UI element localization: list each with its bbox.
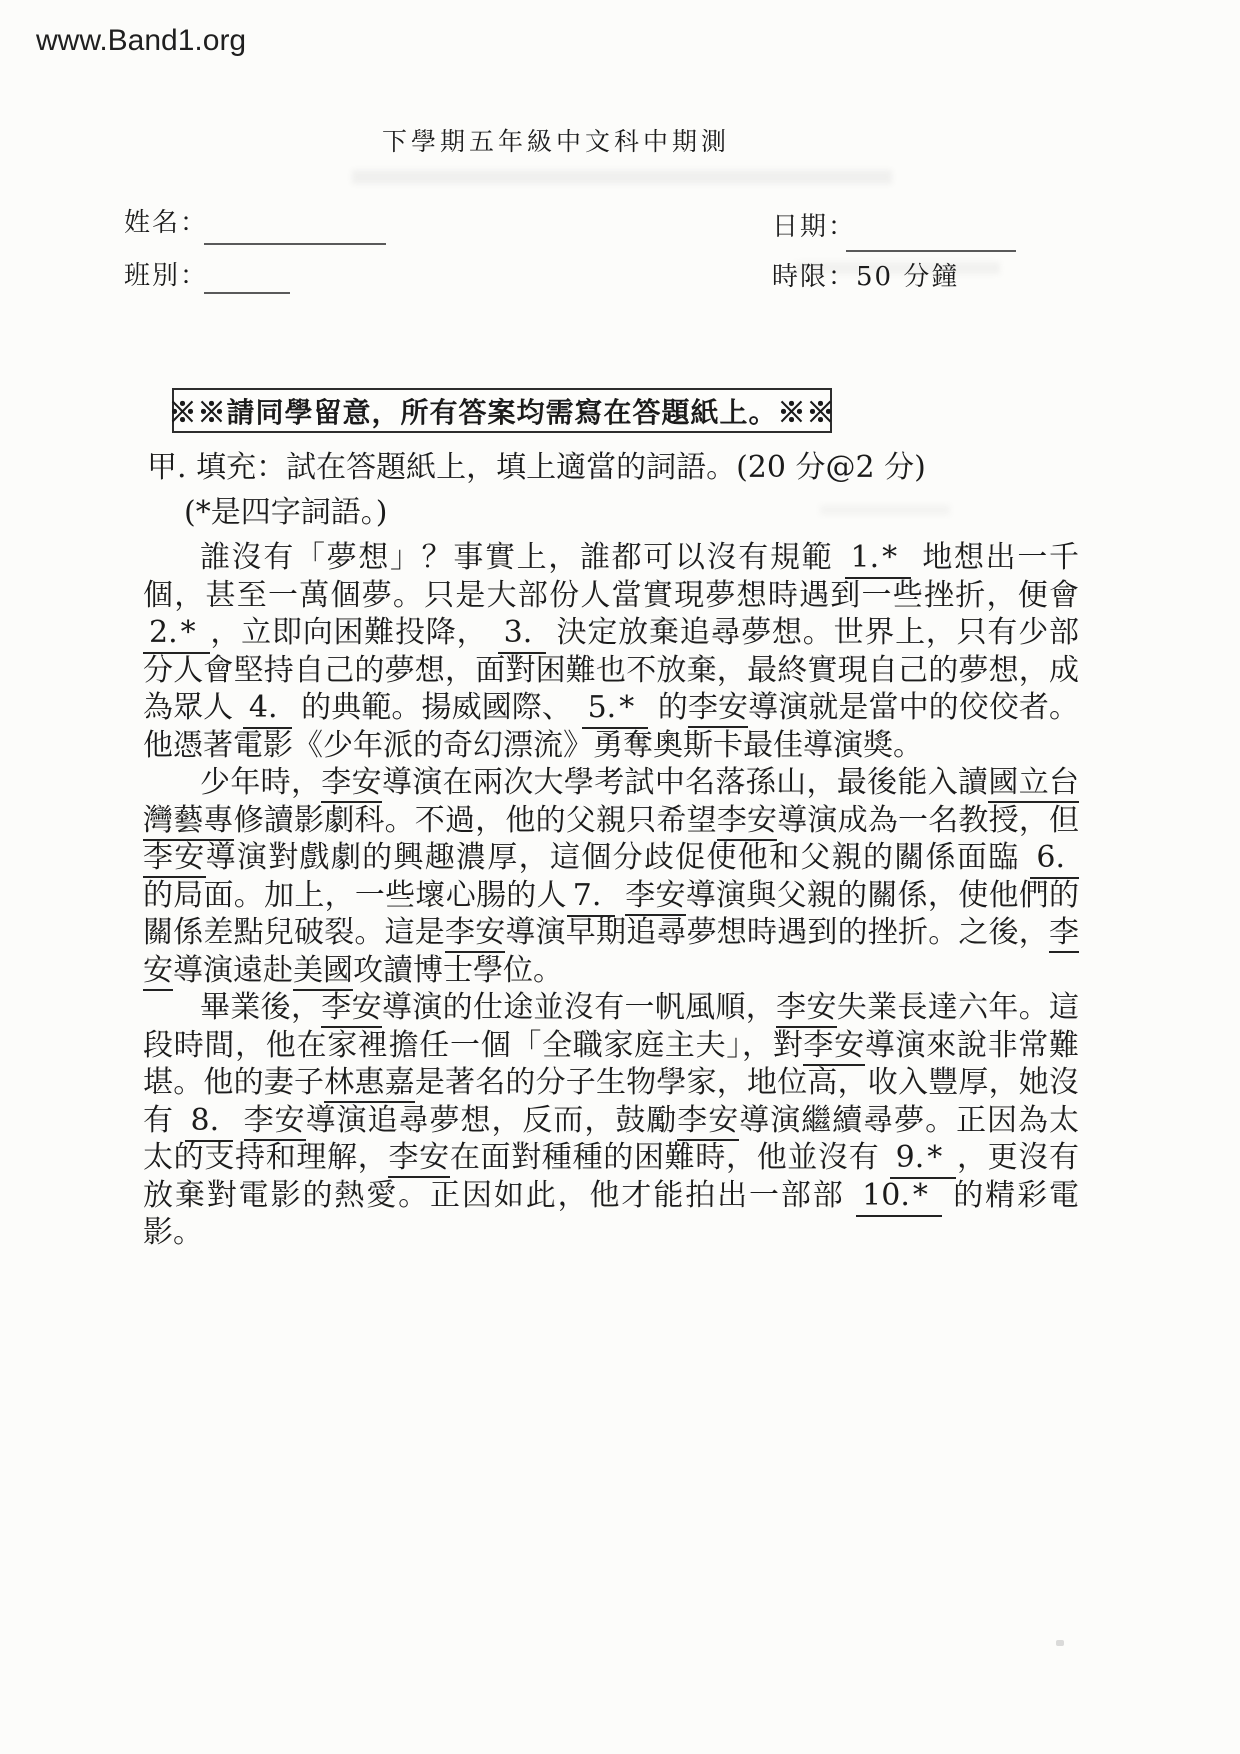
fill-in-blank: 9.* [890,1140,957,1179]
site-url: www.Band1.org [36,24,246,58]
four-char-idiom-marker: * [882,540,897,575]
proper-noun: 李安 [688,690,748,728]
passage: 誰沒有「夢想」？事實上，誰都可以沒有規範 1.* 地想出一千個，甚至一萬個夢。只… [143,539,1079,1252]
class-blank-line [204,292,290,294]
passage-paragraph: 少年時，李安導演在兩次大學考試中名落孫山，最後能入讀國立台灣藝專修讀影劇科。不過… [143,764,1079,989]
time-limit-label: 時限： [772,262,856,292]
passage-text: 的典範。揚威國際、 [292,690,582,725]
fill-in-blank: 5.* [582,690,649,729]
passage-text: 的 [648,690,688,725]
four-char-idiom-marker: * [181,615,196,650]
scan-artifact [352,170,892,184]
fill-in-blank: 3. [498,615,547,654]
scan-artifact [1056,1640,1064,1646]
passage-text: 攻讀博士學位。 [353,953,563,988]
passage-text: ，立即向困難投降， [210,615,498,650]
passage-text: 導演早期追尋夢想時遇到的挫折。之後， [505,915,1049,950]
scan-artifact [820,505,950,515]
four-char-idiom-marker: * [927,1140,942,1175]
passage-text: 的局面。加上，一些壞心腸的人 [143,878,567,913]
passage-text: 導演的仕途並沒有一帆風順， [382,990,776,1025]
page-title: 下學期五年級中文科中期測 [382,122,730,158]
proper-noun: 李安 [321,990,382,1028]
section-a-heading: 甲. 填充：試在答題紙上，填上適當的詞語。(20 分@2 分) [147,442,926,486]
passage-text [233,1103,244,1138]
fill-in-blank: 1.* [845,540,912,579]
proper-noun: 林惠嘉 [324,1065,415,1103]
passage-text: 導演在兩次大學考試中名落孫山，最後能入讀 [382,765,988,800]
proper-noun: 李安 [445,915,505,953]
passage-text: 在面對種種的困難時，他並沒有 [450,1140,890,1175]
passage-text: 導演對戲劇的興趣濃厚，這個分歧促使他和父親的關係面臨 [206,840,1031,875]
fill-in-blank: 8. [185,1103,234,1142]
class-label: 班別： [124,255,208,292]
passage-text: 畢業後， [200,990,321,1025]
fill-in-blank: 7. [567,878,616,917]
proper-noun: 李安 [625,878,686,916]
time-limit-field: 時限：50 分鐘 [772,256,959,293]
passage-text: 修讀影劇科。不過，他的父親只希望 [234,803,717,838]
proper-noun: 李安 [803,1028,864,1066]
proper-noun: 李安 [244,1103,306,1141]
passage-paragraph: 誰沒有「夢想」？事實上，誰都可以沒有規範 1.* 地想出一千個，甚至一萬個夢。只… [143,539,1079,764]
passage-text: 導演遠赴 [173,953,293,988]
fill-in-blank: 10.* [856,1178,942,1217]
time-limit-value: 50 分鐘 [856,262,959,292]
passage-text: 導演成為一名教授，但 [777,803,1079,838]
four-char-idiom-marker: * [619,690,634,725]
passage-text [615,878,625,913]
four-char-idiom-marker: * [913,1178,928,1213]
passage-text: 誰沒有「夢想」？事實上，誰都可以沒有規範 [200,540,845,575]
proper-noun: 李安 [143,840,206,878]
proper-noun: 李安 [717,803,777,841]
date-blank-line [846,250,1016,252]
proper-noun: 李安 [776,990,837,1028]
fill-in-blank: 2.* [143,615,210,654]
name-blank-line [204,243,386,245]
name-label: 姓名： [124,202,208,239]
fill-in-blank: 4. [243,690,292,729]
scanned-exam-page: { "page": { "site_url": "www.Band1.org",… [0,0,1240,1754]
section-a-note: (*是四字詞語。) [184,487,387,531]
fill-in-blank: 6. [1030,840,1079,879]
answer-sheet-notice: ※※請同學留意，所有答案均需寫在答題紙上。※※ [172,388,832,433]
passage-text: 少年時， [200,765,321,800]
proper-noun: 美國 [293,953,353,991]
passage-paragraph: 畢業後，李安導演的仕途並沒有一帆風順，李安失業長達六年。這段時間，他在家裡擔任一… [143,989,1079,1252]
proper-noun: 李安 [388,1140,449,1178]
date-label: 日期： [772,206,856,243]
proper-noun: 李安 [677,1103,739,1141]
passage-text: 導演追尋夢想，反而，鼓勵 [306,1103,678,1138]
proper-noun: 李安 [321,765,382,803]
